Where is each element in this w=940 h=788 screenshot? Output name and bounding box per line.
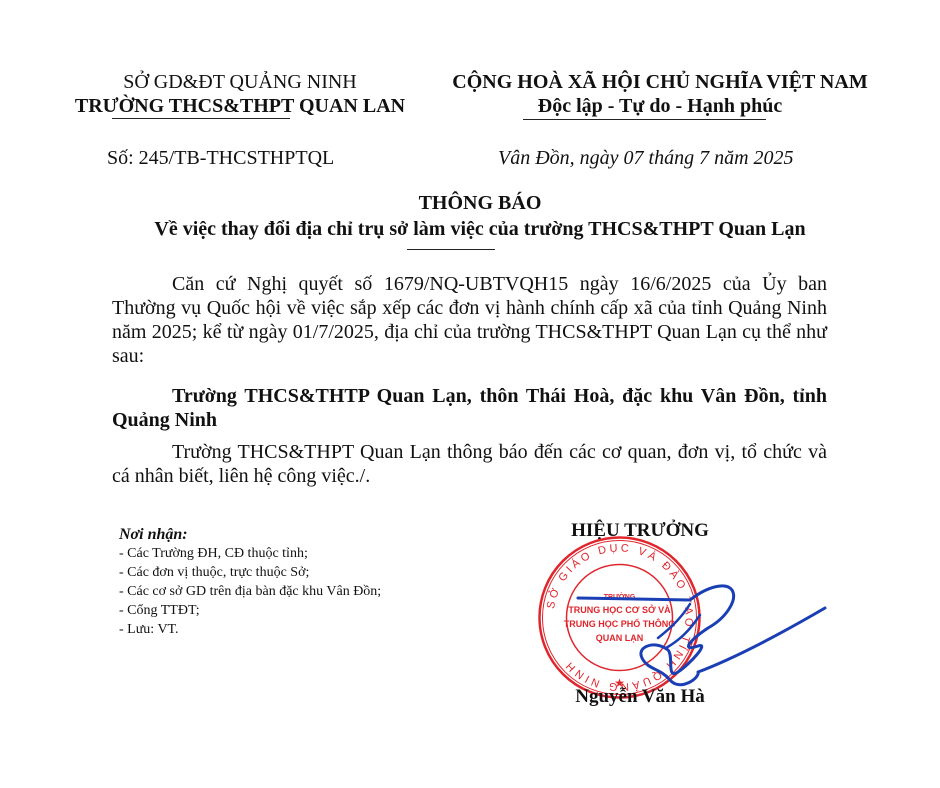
national-motto: Độc lập - Tự do - Hạnh phúc bbox=[420, 94, 900, 118]
signer-name: Nguyễn Văn Hà bbox=[520, 686, 760, 708]
closing-paragraph: Trường THCS&THPT Quan Lạn thông báo đến … bbox=[112, 440, 827, 488]
handwritten-signature-icon bbox=[540, 560, 840, 700]
recipient-item: - Lưu: VT. bbox=[119, 620, 479, 639]
country-name: CỘNG HOÀ XÃ HỘI CHỦ NGHĨA VIỆT NAM bbox=[420, 70, 900, 94]
document-number: Số: 245/TB-THCSTHPTQL bbox=[107, 146, 334, 170]
recipient-item: - Cổng TTĐT; bbox=[119, 601, 479, 620]
recipients-block: Nơi nhận: - Các Trường ĐH, CĐ thuộc tỉnh… bbox=[119, 525, 479, 639]
school-name: TRƯỜNG THCS&THPT QUAN LAN bbox=[40, 94, 440, 118]
recipient-item: - Các Trường ĐH, CĐ thuộc tỉnh; bbox=[119, 544, 479, 563]
recipient-item: - Các cơ sở GD trên địa bàn đặc khu Vân … bbox=[119, 582, 479, 601]
place-and-date: Vân Đồn, ngày 07 tháng 7 năm 2025 bbox=[498, 146, 794, 170]
recipients-heading: Nơi nhận: bbox=[119, 525, 479, 544]
motto-underline bbox=[523, 119, 766, 120]
notice-subject: Về việc thay đổi địa chỉ trụ sở làm việc… bbox=[100, 218, 860, 241]
subject-underline bbox=[407, 249, 495, 250]
new-address: Trường THCS&THTP Quan Lạn, thôn Thái Hoà… bbox=[112, 384, 827, 432]
notice-title: THÔNG BÁO bbox=[100, 192, 860, 215]
school-underline bbox=[112, 118, 290, 119]
department-name: SỞ GD&ĐT QUẢNG NINH bbox=[40, 70, 440, 94]
recipient-item: - Các đơn vị thuộc, trực thuộc Sở; bbox=[119, 563, 479, 582]
issuing-agency-block: SỞ GD&ĐT QUẢNG NINH TRƯỜNG THCS&THPT QUA… bbox=[40, 70, 440, 118]
national-header-block: CỘNG HOÀ XÃ HỘI CHỦ NGHĨA VIỆT NAM Độc l… bbox=[420, 70, 900, 118]
legal-basis-paragraph: Căn cứ Nghị quyết số 1679/NQ-UBTVQH15 ng… bbox=[112, 272, 827, 368]
